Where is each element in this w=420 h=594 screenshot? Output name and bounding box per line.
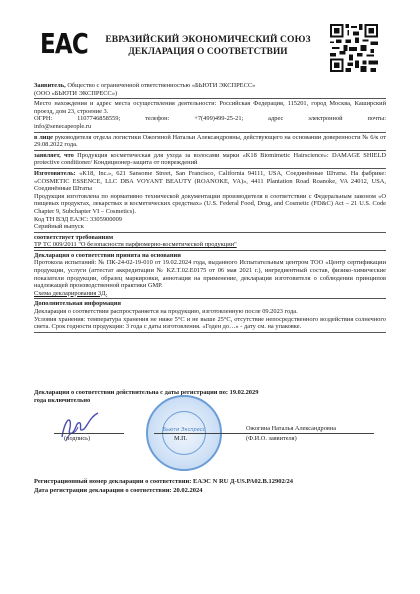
signer-name: Ожогина Наталья Александровна — [246, 425, 336, 432]
declaration-title: ДЕКЛАРАЦИЯ О СООТВЕТСТВИИ — [88, 46, 328, 58]
series-type: Серийный выпуск — [34, 223, 386, 231]
requirements-section: соответствует требованиям ТР ТС 009/2011… — [34, 234, 386, 251]
manufacturer-section: Изготовитель: «K18, Inc.», 621 Sansome S… — [34, 170, 386, 233]
additional-section: Дополнительная информация Декларация о с… — [34, 300, 386, 332]
applicant-address: Место нахождения и адрес места осуществл… — [34, 100, 386, 115]
applicant-name: Общество с ограниченной ответственностью… — [67, 82, 255, 89]
requirements-text: ТР ТС 009/2011 "О безопасности парфюмерн… — [34, 241, 386, 249]
validity-text-2: года включительно — [34, 397, 90, 405]
document-header: ЕВРАЗИЙСКИЙ ЭКОНОМИЧЕСКИЙ СОЮЗ ДЕКЛАРАЦИ… — [88, 34, 328, 58]
stamp-line — [154, 433, 224, 434]
signature-area: Декларация о соответствии действительна … — [34, 389, 386, 479]
registration-date: 20.02.2024 — [173, 487, 202, 494]
applicant-contacts: ОГРН: 1107746858559; телефон: +7(499)499… — [34, 115, 386, 123]
declaration-body: Заявитель, Общество с ограниченной ответ… — [34, 82, 386, 334]
applicant-section: Заявитель, Общество с ограниченной ответ… — [34, 82, 386, 99]
additional-label: Дополнительная информация — [34, 300, 386, 308]
declaration-label: заявляет, что — [34, 152, 74, 159]
manufacturer-standard: Продукция изготовлена по нормативно техн… — [34, 193, 386, 216]
union-title: ЕВРАЗИЙСКИЙ ЭКОНОМИЧЕСКИЙ СОЮЗ — [88, 34, 328, 46]
declaration-section: заявляет, что Продукция косметическая дл… — [34, 152, 386, 169]
registration-number-label: Регистрационный номер декларации о соотв… — [34, 478, 191, 485]
applicant-email: info@senecapeople.ru — [34, 123, 386, 131]
registration-number: ЕАЭС N RU Д-US.РА02.В.12902/24 — [193, 478, 293, 485]
signature-line — [54, 433, 124, 434]
qr-code-icon — [330, 24, 378, 72]
declaration-scheme: Схема декларирования 3Д. — [34, 290, 386, 298]
registration-date-label: Дата регистрации декларации о соответств… — [34, 487, 172, 494]
validity-text: Декларация о соответствии действительна … — [34, 389, 258, 397]
signature-caption: (подпись) — [64, 435, 90, 442]
registration-date-row: Дата регистрации декларации о соответств… — [34, 487, 386, 496]
eac-logo: ЕАС — [40, 30, 88, 58]
signer-line — [224, 433, 374, 434]
applicant-label: Заявитель, — [34, 82, 66, 89]
basis-section: Декларация о соответствии принята на осн… — [34, 252, 386, 300]
applicant-address-section: Место нахождения и адрес места осуществл… — [34, 100, 386, 132]
representative-section: в лице руководителя отдела логистики Ожо… — [34, 134, 386, 151]
applicant-short-name: (ООО «БЬЮТИ ЭКСПРЕСС») — [34, 90, 117, 97]
product-text: Продукция косметическая для ухода за вол… — [34, 152, 386, 167]
requirements-label: соответствует требованиям — [34, 234, 386, 242]
stamp-caption: М.П. — [174, 435, 187, 442]
additional-line2: Условия хранения: температура хранения н… — [34, 316, 386, 331]
basis-label: Декларация о соответствии принята на осн… — [34, 252, 386, 260]
registration-block: Регистрационный номер декларации о соотв… — [34, 478, 386, 495]
tn-ved-code: Код ТН ВЭД ЕАЭС: 3305900009 — [34, 216, 386, 224]
signer-caption: (Ф.И.О. заявителя) — [246, 435, 297, 442]
registration-number-row: Регистрационный номер декларации о соотв… — [34, 478, 386, 487]
representative-text: руководителя отдела логистики Ожогиной Н… — [34, 134, 386, 149]
additional-line1: Декларация о соответствии распространяет… — [34, 308, 386, 316]
manufacturer-text: «K18, Inc.», 621 Sansome Street, San Fra… — [34, 170, 386, 192]
basis-text: Протокола испытаний: № ПК-24-02-19-010 о… — [34, 259, 386, 289]
manufacturer-label: Изготовитель: — [34, 170, 76, 177]
representative-label: в лице — [34, 134, 53, 141]
